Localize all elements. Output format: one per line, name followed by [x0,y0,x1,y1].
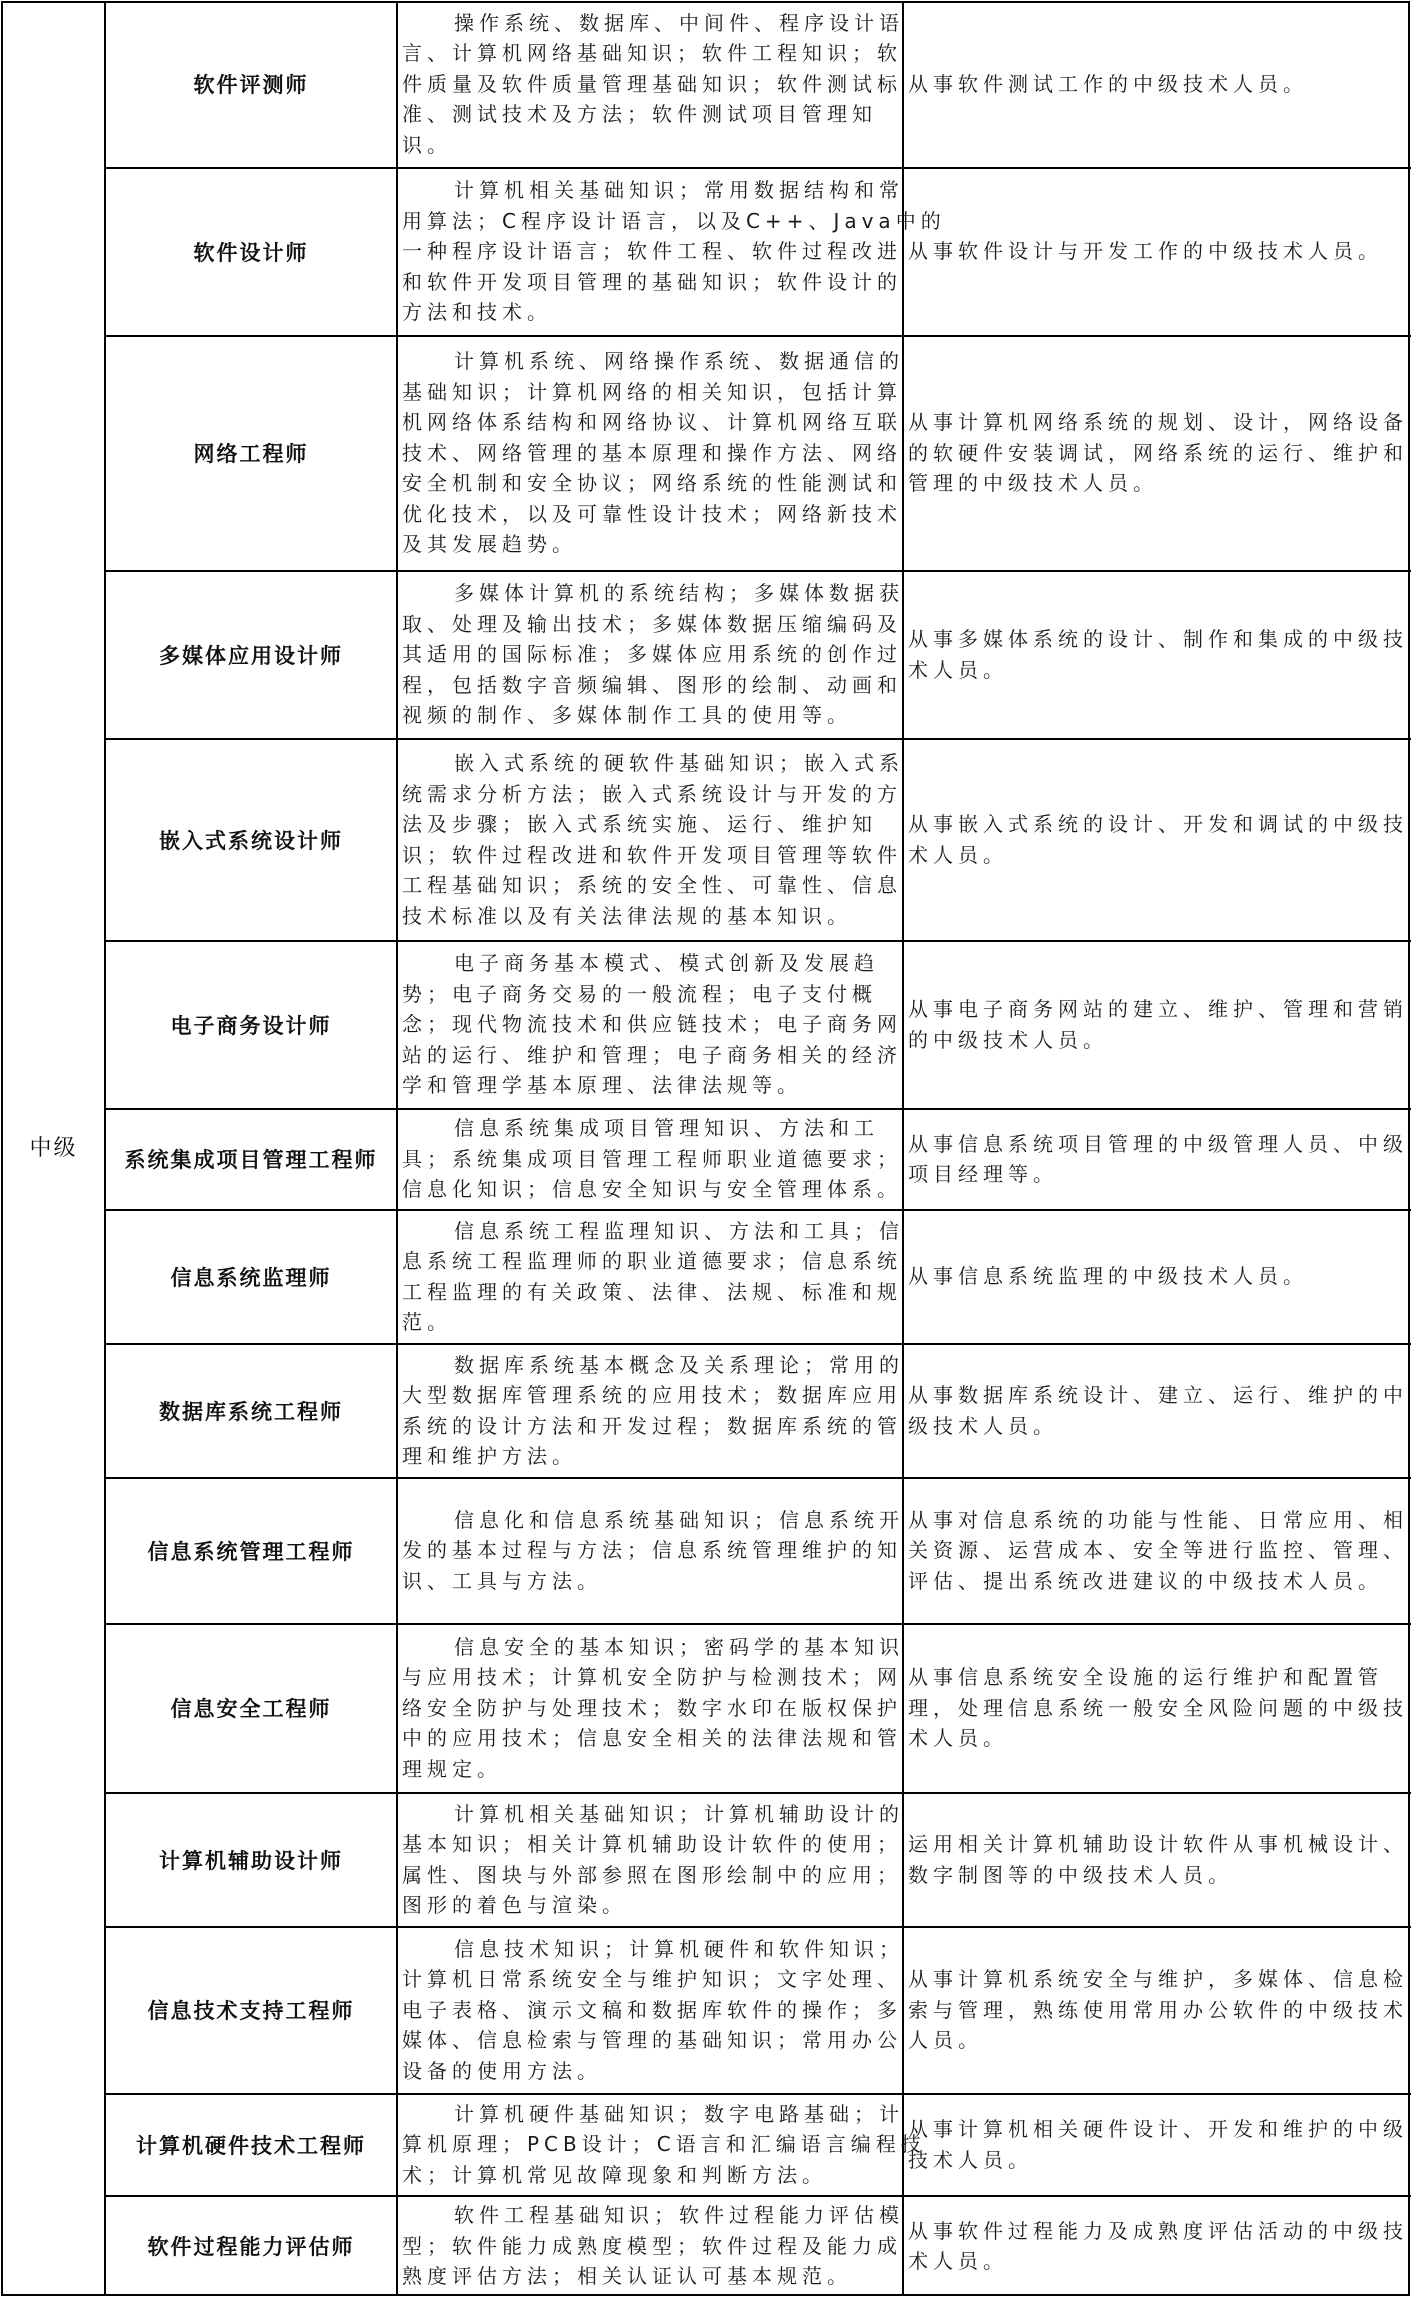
qualification-name-cell: 数据库系统工程师 [106,1344,398,1477]
table-row: 软件评测师操作系统、数据库、中间件、程序设计语言、计算机网络基础知识；软件工程知… [106,1,1411,169]
exam-content-cell: 信息安全的基本知识；密码学的基本知识与应用技术；计算机安全防护与检测技术；网络安… [398,1624,904,1792]
target-audience-cell: 从事计算机相关硬件设计、开发和维护的中级技术人员。 [904,2094,1411,2195]
exam-content-line: 理规定。 [402,1754,902,1785]
exam-content-line: 言、计算机网络基础知识；软件工程知识；软 [402,38,902,69]
target-audience-line: 从事信息系统安全设施的运行维护和配置管 [908,1662,1409,1693]
exam-content-line: 信息系统工程监理知识、方法和工具；信 [402,1216,902,1247]
target-audience-line: 关资源、运营成本、安全等进行监控、管理、 [908,1535,1409,1566]
target-audience-line: 从事信息系统监理的中级技术人员。 [908,1261,1409,1292]
exam-content-line: 范。 [402,1307,902,1338]
target-audience-cell: 从事软件过程能力及成熟度评估活动的中级技术人员。 [904,2196,1411,2296]
exam-content-line: 信息安全的基本知识；密码学的基本知识 [402,1632,902,1663]
target-audience-cell: 从事软件测试工作的中级技术人员。 [904,1,1411,167]
exam-content-line: 念；现代物流技术和供应链技术；电子商务网 [402,1009,902,1040]
exam-content-line: 基础知识；计算机网络的相关知识，包括计算 [402,377,902,408]
table-row: 软件设计师计算机相关基础知识；常用数据结构和常用算法；C程序设计语言，以及C++… [106,168,1411,337]
exam-content-line: 识；软件过程改进和软件开发项目管理等软件 [402,840,902,871]
target-audience-line: 管理的中级技术人员。 [908,468,1409,499]
exam-content-cell: 计算机相关基础知识；常用数据结构和常用算法；C程序设计语言，以及C++、Java… [398,168,904,335]
exam-content-line: 操作系统、数据库、中间件、程序设计语 [402,8,902,39]
exam-content-cell: 计算机硬件基础知识；数字电路基础；计算机原理；PCB设计；C语言和汇编语言编程技… [398,2094,904,2195]
target-audience-line: 从事计算机网络系统的规划、设计，网络设备 [908,407,1409,438]
exam-content-line: 其适用的国际标准；多媒体应用系统的创作过 [402,639,902,670]
exam-content-cell: 信息化和信息系统基础知识；信息系统开发的基本过程与方法；信息系统管理维护的知识、… [398,1478,904,1623]
exam-content-line: 计算机系统、网络操作系统、数据通信的 [402,346,902,377]
table-row: 软件过程能力评估师软件工程基础知识；软件过程能力评估模型；软件能力成熟度模型；软… [106,2196,1411,2296]
table-row: 系统集成项目管理工程师信息系统集成项目管理知识、方法和工具；系统集成项目管理工程… [106,1109,1411,1211]
target-audience-line: 技术人员。 [908,2145,1409,2176]
target-audience-line: 从事软件过程能力及成熟度评估活动的中级技 [908,2216,1409,2247]
qualification-name-cell: 计算机辅助设计师 [106,1793,398,1926]
exam-content-line: 图形的着色与渲染。 [402,1890,902,1921]
target-audience-line: 的软硬件安装调试，网络系统的运行、维护和 [908,438,1409,469]
target-audience-cell: 从事信息系统安全设施的运行维护和配置管理，处理信息系统一般安全风险问题的中级技术… [904,1624,1411,1792]
target-audience-line: 的中级技术人员。 [908,1025,1409,1056]
exam-content-cell: 操作系统、数据库、中间件、程序设计语言、计算机网络基础知识；软件工程知识；软件质… [398,1,904,167]
exam-content-cell: 嵌入式系统的硬软件基础知识；嵌入式系统需求分析方法；嵌入式系统设计与开发的方法及… [398,739,904,940]
exam-content-line: 程，包括数字音频编辑、图形的绘制、动画和 [402,670,902,701]
target-audience-cell: 从事计算机系统安全与维护，多媒体、信息检索与管理，熟练使用常用办公软件的中级技术… [904,1927,1411,2093]
exam-content-line: 信息化和信息系统基础知识；信息系统开 [402,1505,902,1536]
exam-content-line: 算机原理；PCB设计；C语言和汇编语言编程技 [402,2129,902,2160]
table-row: 电子商务设计师电子商务基本模式、模式创新及发展趋势；电子商务交易的一般流程；电子… [106,941,1411,1110]
target-audience-cell: 从事对信息系统的功能与性能、日常应用、相关资源、运营成本、安全等进行监控、管理、… [904,1478,1411,1623]
target-audience-cell: 从事软件设计与开发工作的中级技术人员。 [904,168,1411,335]
target-audience-cell: 从事计算机网络系统的规划、设计，网络设备的软硬件安装调试，网络系统的运行、维护和… [904,336,1411,570]
target-audience-line: 从事软件设计与开发工作的中级技术人员。 [908,236,1409,267]
exam-content-line: 势；电子商务交易的一般流程；电子支付概 [402,979,902,1010]
exam-content-line: 电子商务基本模式、模式创新及发展趋 [402,948,902,979]
exam-content-line: 统需求分析方法；嵌入式系统设计与开发的方 [402,779,902,810]
exam-content-cell: 电子商务基本模式、模式创新及发展趋势；电子商务交易的一般流程；电子支付概念；现代… [398,941,904,1108]
exam-content-line: 计算机相关基础知识；计算机辅助设计的 [402,1799,902,1830]
table-row: 计算机辅助设计师计算机相关基础知识；计算机辅助设计的基本知识；相关计算机辅助设计… [106,1793,1411,1928]
target-audience-line: 从事计算机系统安全与维护，多媒体、信息检 [908,1964,1409,1995]
exam-content-cell: 软件工程基础知识；软件过程能力评估模型；软件能力成熟度模型；软件过程及能力成熟度… [398,2196,904,2296]
qualification-name-cell: 电子商务设计师 [106,941,398,1108]
exam-content-line: 用算法；C程序设计语言，以及C++、Java中的 [402,206,902,237]
target-audience-line: 数字制图等的中级技术人员。 [908,1860,1409,1891]
exam-content-line: 数据库系统基本概念及关系理论；常用的 [402,1350,902,1381]
exam-content-cell: 多媒体计算机的系统结构；多媒体数据获取、处理及输出技术；多媒体数据压缩编码及其适… [398,571,904,738]
exam-content-cell: 计算机相关基础知识；计算机辅助设计的基本知识；相关计算机辅助设计软件的使用；属性… [398,1793,904,1926]
target-audience-line: 从事对信息系统的功能与性能、日常应用、相 [908,1505,1409,1536]
target-audience-line: 从事电子商务网站的建立、维护、管理和营销 [908,994,1409,1025]
exam-content-line: 识。 [402,130,902,161]
exam-content-line: 信息系统集成项目管理知识、方法和工 [402,1113,902,1144]
exam-content-cell: 信息系统工程监理知识、方法和工具；信息系统工程监理师的职业道德要求；信息系统工程… [398,1210,904,1343]
target-audience-cell: 运用相关计算机辅助设计软件从事机械设计、数字制图等的中级技术人员。 [904,1793,1411,1926]
table-row: 嵌入式系统设计师嵌入式系统的硬软件基础知识；嵌入式系统需求分析方法；嵌入式系统设… [106,739,1411,942]
table-row: 网络工程师计算机系统、网络操作系统、数据通信的基础知识；计算机网络的相关知识，包… [106,336,1411,572]
exam-content-line: 计算机硬件基础知识；数字电路基础；计 [402,2099,902,2130]
target-audience-line: 从事数据库系统设计、建立、运行、维护的中 [908,1380,1409,1411]
table-row: 信息系统管理工程师信息化和信息系统基础知识；信息系统开发的基本过程与方法；信息系… [106,1478,1411,1625]
exam-content-line: 识、工具与方法。 [402,1566,902,1597]
target-audience-line: 术人员。 [908,1723,1409,1754]
exam-content-line: 电子表格、演示文稿和数据库软件的操作；多 [402,1995,902,2026]
qualification-name-cell: 软件设计师 [106,168,398,335]
table-row: 数据库系统工程师数据库系统基本概念及关系理论；常用的大型数据库管理系统的应用技术… [106,1344,1411,1479]
target-audience-line: 运用相关计算机辅助设计软件从事机械设计、 [908,1829,1409,1860]
table-row: 多媒体应用设计师多媒体计算机的系统结构；多媒体数据获取、处理及输出技术；多媒体数… [106,571,1411,740]
target-audience-cell: 从事嵌入式系统的设计、开发和调试的中级技术人员。 [904,739,1411,940]
exam-content-line: 技术、网络管理的基本原理和操作方法、网络 [402,438,902,469]
qualification-name-cell: 计算机硬件技术工程师 [106,2094,398,2195]
exam-content-line: 软件工程基础知识；软件过程能力评估模 [402,2200,902,2231]
exam-content-line: 站的运行、维护和管理；电子商务相关的经济 [402,1040,902,1071]
exam-content-line: 一种程序设计语言；软件工程、软件过程改进 [402,236,902,267]
exam-content-line: 型；软件能力成熟度模型；软件过程及能力成 [402,2231,902,2262]
exam-content-line: 件质量及软件质量管理基础知识；软件测试标 [402,69,902,100]
exam-content-line: 方法和技术。 [402,297,902,328]
exam-content-line: 取、处理及输出技术；多媒体数据压缩编码及 [402,609,902,640]
qualification-name-cell: 信息系统监理师 [106,1210,398,1343]
exam-content-line: 优化技术，以及可靠性设计技术；网络新技术 [402,499,902,530]
target-audience-line: 术人员。 [908,2246,1409,2277]
exam-content-line: 安全机制和安全协议；网络系统的性能测试和 [402,468,902,499]
target-audience-cell: 从事电子商务网站的建立、维护、管理和营销的中级技术人员。 [904,941,1411,1108]
exam-content-line: 媒体、信息检索与管理的基础知识；常用办公 [402,2025,902,2056]
target-audience-line: 评估、提出系统改进建议的中级技术人员。 [908,1566,1409,1597]
table-row: 计算机硬件技术工程师计算机硬件基础知识；数字电路基础；计算机原理；PCB设计；C… [106,2094,1411,2197]
level-cell: 中级 [1,1,106,2296]
exam-content-line: 发的基本过程与方法；信息系统管理维护的知 [402,1535,902,1566]
exam-content-line: 息系统工程监理师的职业道德要求；信息系统 [402,1246,902,1277]
target-audience-line: 从事计算机相关硬件设计、开发和维护的中级 [908,2114,1409,2145]
exam-content-line: 准、测试技术及方法；软件测试项目管理知 [402,99,902,130]
exam-content-line: 信息化知识；信息安全知识与安全管理体系。 [402,1174,902,1205]
exam-content-line: 理和维护方法。 [402,1441,902,1472]
exam-content-line: 大型数据库管理系统的应用技术；数据库应用 [402,1380,902,1411]
exam-content-line: 与应用技术；计算机安全防护与检测技术；网 [402,1662,902,1693]
exam-content-cell: 信息系统集成项目管理知识、方法和工具；系统集成项目管理工程师职业道德要求；信息化… [398,1109,904,1209]
exam-content-line: 技术标准以及有关法律法规的基本知识。 [402,901,902,932]
target-audience-cell: 从事多媒体系统的设计、制作和集成的中级技术人员。 [904,571,1411,738]
target-audience-cell: 从事信息系统监理的中级技术人员。 [904,1210,1411,1343]
qualification-name-cell: 软件评测师 [106,1,398,167]
target-audience-line: 索与管理，熟练使用常用办公软件的中级技术 [908,1995,1409,2026]
exam-content-line: 计算机相关基础知识；常用数据结构和常 [402,175,902,206]
qualification-name-cell: 嵌入式系统设计师 [106,739,398,940]
exam-content-line: 系统的设计方法和开发过程；数据库系统的管 [402,1411,902,1442]
qualification-name-cell: 系统集成项目管理工程师 [106,1109,398,1209]
level-label: 中级 [1,1131,106,1162]
exam-content-line: 术；计算机常见故障现象和判断方法。 [402,2160,902,2191]
target-audience-line: 人员。 [908,2025,1409,2056]
target-audience-line: 从事信息系统项目管理的中级管理人员、中级 [908,1129,1409,1160]
target-audience-line: 从事多媒体系统的设计、制作和集成的中级技 [908,624,1409,655]
exam-content-line: 法及步骤；嵌入式系统实施、运行、维护知 [402,809,902,840]
exam-content-cell: 信息技术知识；计算机硬件和软件知识；计算机日常系统安全与维护知识；文字处理、电子… [398,1927,904,2093]
table-row: 信息安全工程师信息安全的基本知识；密码学的基本知识与应用技术；计算机安全防护与检… [106,1624,1411,1794]
exam-content-line: 属性、图块与外部参照在图形绘制中的应用； [402,1860,902,1891]
target-audience-line: 术人员。 [908,840,1409,871]
exam-content-line: 信息技术知识；计算机硬件和软件知识； [402,1934,902,1965]
qualification-name-cell: 信息安全工程师 [106,1624,398,1792]
exam-content-line: 基本知识；相关计算机辅助设计软件的使用； [402,1829,902,1860]
exam-content-cell: 数据库系统基本概念及关系理论；常用的大型数据库管理系统的应用技术；数据库应用系统… [398,1344,904,1477]
qualification-name-cell: 软件过程能力评估师 [106,2196,398,2296]
target-audience-line: 术人员。 [908,655,1409,686]
table-row: 信息技术支持工程师信息技术知识；计算机硬件和软件知识；计算机日常系统安全与维护知… [106,1927,1411,2095]
exam-content-line: 设备的使用方法。 [402,2056,902,2087]
qualification-name-cell: 多媒体应用设计师 [106,571,398,738]
target-audience-line: 从事软件测试工作的中级技术人员。 [908,69,1409,100]
qualification-name-cell: 信息技术支持工程师 [106,1927,398,2093]
exam-content-line: 机网络体系结构和网络协议、计算机网络互联 [402,407,902,438]
target-audience-cell: 从事信息系统项目管理的中级管理人员、中级项目经理等。 [904,1109,1411,1209]
exam-content-line: 计算机日常系统安全与维护知识；文字处理、 [402,1964,902,1995]
exam-content-line: 和软件开发项目管理的基础知识；软件设计的 [402,267,902,298]
qualification-name-cell: 网络工程师 [106,336,398,570]
target-audience-line: 理，处理信息系统一般安全风险问题的中级技 [908,1693,1409,1724]
exam-content-line: 工程监理的有关政策、法律、法规、标准和规 [402,1277,902,1308]
exam-content-line: 络安全防护与处理技术；数字水印在版权保护 [402,1693,902,1724]
exam-content-cell: 计算机系统、网络操作系统、数据通信的基础知识；计算机网络的相关知识，包括计算机网… [398,336,904,570]
exam-content-line: 具；系统集成项目管理工程师职业道德要求； [402,1144,902,1175]
target-audience-cell: 从事数据库系统设计、建立、运行、维护的中级技术人员。 [904,1344,1411,1477]
exam-content-line: 中的应用技术；信息安全相关的法律法规和管 [402,1723,902,1754]
exam-content-line: 工程基础知识；系统的安全性、可靠性、信息 [402,870,902,901]
exam-content-line: 熟度评估方法；相关认证认可基本规范。 [402,2261,902,2292]
exam-content-line: 嵌入式系统的硬软件基础知识；嵌入式系 [402,748,902,779]
target-audience-line: 级技术人员。 [908,1411,1409,1442]
table-row: 信息系统监理师信息系统工程监理知识、方法和工具；信息系统工程监理师的职业道德要求… [106,1210,1411,1345]
exam-content-line: 多媒体计算机的系统结构；多媒体数据获 [402,578,902,609]
target-audience-line: 从事嵌入式系统的设计、开发和调试的中级技 [908,809,1409,840]
qualification-name-cell: 信息系统管理工程师 [106,1478,398,1623]
exam-content-line: 及其发展趋势。 [402,529,902,560]
exam-content-line: 视频的制作、多媒体制作工具的使用等。 [402,700,902,731]
target-audience-line: 项目经理等。 [908,1159,1409,1190]
exam-content-line: 学和管理学基本原理、法律法规等。 [402,1070,902,1101]
